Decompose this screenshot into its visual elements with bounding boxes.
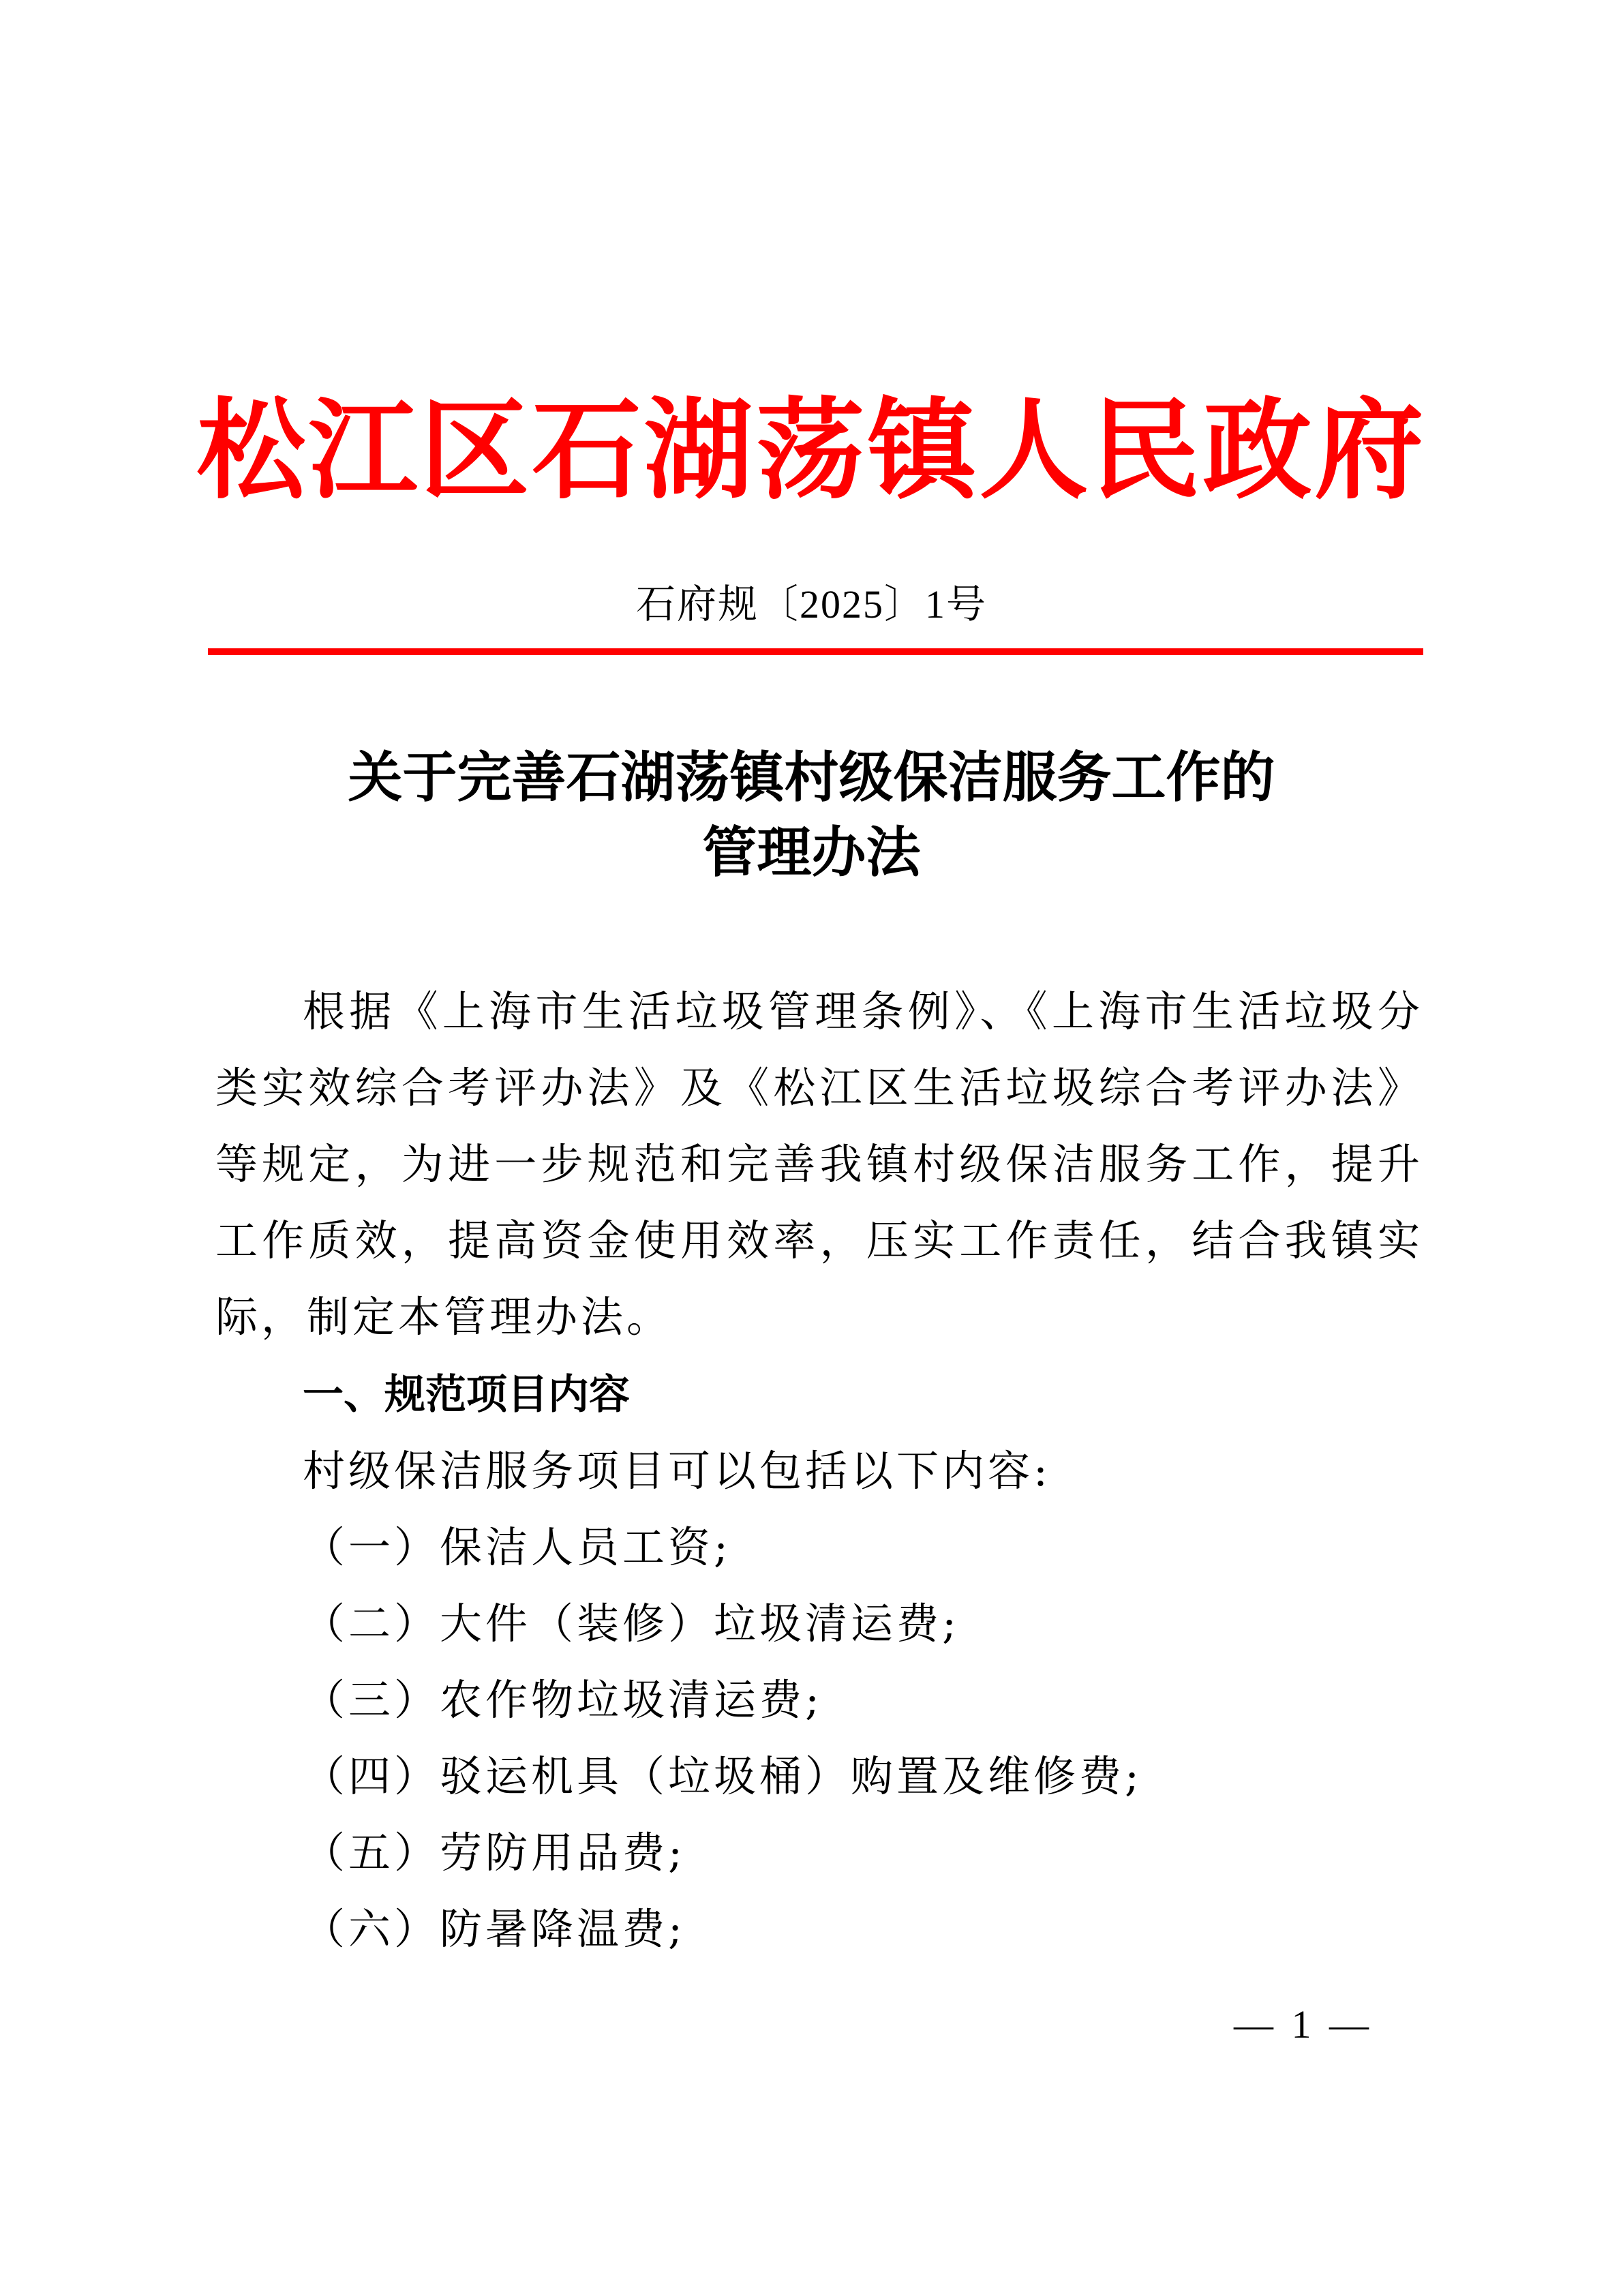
section-1-list: 村级保洁服务项目可以包括以下内容: （一）保洁人员工资; （二）大件（装修）垃圾… — [303, 1433, 1142, 1967]
list-item: （四）驳运机具（垃圾桶）购置及维修费; — [303, 1738, 1142, 1815]
section-lead: 村级保洁服务项目可以包括以下内容: — [303, 1433, 1142, 1509]
document-title: 关于完善石湖荡镇村级保洁服务工作的 管理办法 — [0, 740, 1623, 890]
list-item: （三）农作物垃圾清运费; — [303, 1662, 1142, 1738]
title-line-2: 管理办法 — [0, 815, 1623, 890]
document-number: 石府规〔2025〕1号 — [0, 581, 1623, 629]
issuer-masthead: 松江区石湖荡镇人民政府 — [0, 389, 1623, 511]
list-item: （六）防暑降温费; — [303, 1891, 1142, 1967]
page-number: — 1 — — [1234, 2001, 1373, 2049]
red-divider-line — [208, 648, 1423, 655]
list-item: （一）保洁人员工资; — [303, 1509, 1142, 1586]
section-heading-1: 一、规范项目内容 — [303, 1357, 630, 1433]
intro-paragraph: 根据《上海市生活垃圾管理条例》、《上海市生活垃圾分类实效综合考评办法》及《松江区… — [215, 973, 1423, 1355]
document-page: 松江区石湖荡镇人民政府 石府规〔2025〕1号 关于完善石湖荡镇村级保洁服务工作… — [0, 0, 1623, 2296]
list-item: （五）劳防用品费; — [303, 1815, 1142, 1891]
list-item: （二）大件（装修）垃圾清运费; — [303, 1586, 1142, 1662]
title-line-1: 关于完善石湖荡镇村级保洁服务工作的 — [0, 740, 1623, 815]
